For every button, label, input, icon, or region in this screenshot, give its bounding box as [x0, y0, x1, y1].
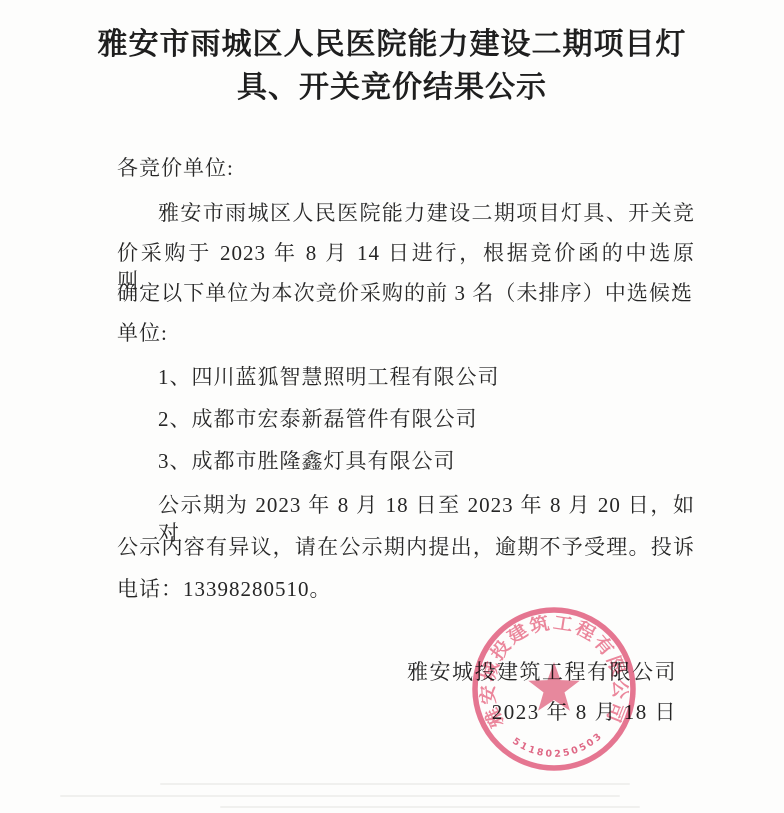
page-title-line-2: 具、开关竞价结果公示 — [0, 71, 784, 105]
paragraph-line: 公示内容有异议，请在公示期内提出，逾期不予受理。投诉 — [117, 533, 695, 561]
scan-streak — [220, 806, 640, 808]
document-page: 雅安市雨城区人民医院能力建设二期项目灯 具、开关竞价结果公示 各竞价单位: 雅安… — [0, 0, 784, 813]
scan-streak — [60, 795, 620, 797]
star-icon — [528, 662, 579, 711]
paragraph-line: 电话：13398280510。 — [117, 575, 332, 603]
bidder-list-item: 3、成都市胜隆鑫灯具有限公司 — [158, 447, 456, 475]
paragraph-line: 单位: — [117, 319, 168, 347]
company-stamp: 雅安城投建筑工程有限公司 5118025050330 — [459, 594, 649, 784]
bidder-list-item: 2、成都市宏泰新磊管件有限公司 — [158, 405, 478, 433]
paragraph-line: 雅安市雨城区人民医院能力建设二期项目灯具、开关竞 — [158, 199, 695, 227]
page-title-line-1: 雅安市雨城区人民医院能力建设二期项目灯 — [0, 28, 784, 62]
bidder-list-item: 1、四川蓝狐智慧照明工程有限公司 — [158, 363, 500, 391]
scan-streak — [160, 783, 630, 785]
salutation: 各竞价单位: — [117, 154, 234, 182]
paragraph-line: 确定以下单位为本次竞价采购的前 3 名（未排序）中选候选 — [117, 279, 693, 307]
